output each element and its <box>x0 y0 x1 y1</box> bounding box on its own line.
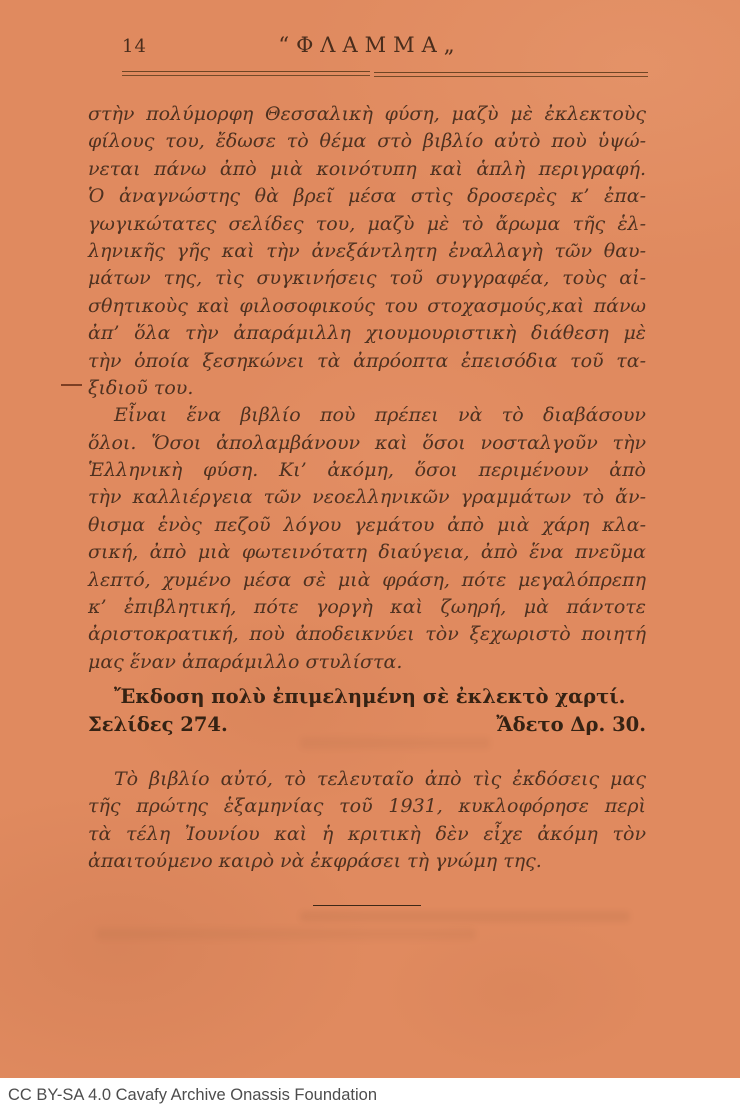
section-end-rule <box>313 905 421 906</box>
license-text: CC BY-SA 4.0 Cavafy Archive Onassis Foun… <box>0 1086 377 1105</box>
text-line: γωγικώτατες σελίδες του, μαζὺ μὲ τὸ ἄρωμ… <box>88 211 646 238</box>
text-line: Ἑλληνικὴ φύση. Κι’ ἀκόμη, ὅσοι περιμένου… <box>88 457 646 484</box>
text-line: Τὸ βιβλίο αὐτό, τὸ τελευταῖο ἀπὸ τὶς ἐκδ… <box>88 766 646 793</box>
text-line: σική, ἀπὸ μιὰ φωτεινότατη διαύγεια, ἀπὸ … <box>88 539 646 566</box>
text-line: ὅλοι. Ὅσοι ἀπολαμβάνουν καὶ ὅσοι νοσταλγ… <box>88 430 646 457</box>
text-line: ἀριστοκρατική, ποὺ ἀποδεικνύει τὸν ξεχωρ… <box>88 621 646 648</box>
text-line: Εἶναι ἕνα βιβλίο ποὺ πρέπει νὰ τὸ διαβάσ… <box>88 402 646 429</box>
text-line: ἀπ’ ὅλα τὴν ἀπαράμιλλη χιουμουριστικὴ δι… <box>88 320 646 347</box>
text-line: σθητικοὺς καὶ φιλοσοφικούς του στοχασμού… <box>88 293 646 320</box>
header-rule-right <box>374 72 648 77</box>
text-line: τὴν καλλιέργεια τῶν νεοελληνικῶν γραμμάτ… <box>88 484 646 511</box>
text-line: στὴν πολύμορφη Θεσσαλικὴ φύση, μαζὺ μὲ ἐ… <box>88 101 646 128</box>
text-line: τῆς πρώτης ἑξαμηνίας τοῦ 1931, κυκλοφόρη… <box>88 793 646 820</box>
license-bar: CC BY-SA 4.0 Cavafy Archive Onassis Foun… <box>0 1078 740 1112</box>
text-line: μας ἕναν ἀπαράμιλλο στυλίστα. <box>88 649 646 676</box>
price-label: Ἄδετο Δρ. 30. <box>496 711 646 738</box>
margin-dash-mark <box>61 384 82 386</box>
text-line: τὰ τέλη Ἰουνίου καὶ ἡ κριτικὴ δὲν εἶχε ἀ… <box>88 821 646 848</box>
text-line: τὴν ὁποία ξεσηκώνει τὰ ἀπρόοπτα ἐπεισόδι… <box>88 348 646 375</box>
pages-count: Σελίδες 274. <box>88 711 228 738</box>
text-line: φίλους του, ἔδωσε τὸ θέμα στὸ βιβλίο αὐτ… <box>88 128 646 155</box>
text-line: μάτων της, τὶς συγκινήσεις τοῦ συγγραφέα… <box>88 265 646 292</box>
paper-background: 14 “ΦΛΑΜΜΑ„ στὴν πολύμορφη Θεσσαλικὴ φύσ… <box>0 0 740 1078</box>
text-line: ἀπαιτούμενο καιρὸ νὰ ἐκφράσει τὴ γνώμη τ… <box>88 848 646 875</box>
ink-showthrough-smudge <box>300 911 630 922</box>
text-line: ξιδιοῦ του. <box>88 375 646 402</box>
text-line: θισμα ἑνὸς πεζοῦ λόγου γεμάτου ἀπὸ μιὰ χ… <box>88 512 646 539</box>
pages-price-row: Σελίδες 274. Ἄδετο Δρ. 30. <box>88 711 646 738</box>
ink-showthrough-smudge <box>96 928 476 940</box>
header-rule-left <box>122 71 370 76</box>
text-line: Ὁ ἀναγνώστης θὰ βρεῖ μέσα στὶς δροσερὲς … <box>88 183 646 210</box>
review-text-block: στὴν πολύμορφη Θεσσαλικὴ φύση, μαζὺ μὲ ἐ… <box>88 101 646 906</box>
text-line: ληνικῆς γῆς καὶ τὴν ἀνεξάντλητη ἐναλλαγὴ… <box>88 238 646 265</box>
text-line: λεπτό, χυμένο μέσα σὲ μιὰ φράση, πότε με… <box>88 567 646 594</box>
closing-paragraph: Τὸ βιβλίο αὐτό, τὸ τελευταῖο ἀπὸ τὶς ἐκδ… <box>88 766 646 876</box>
text-line: νεται πάνω ἀπὸ μιὰ κοινότυπη καὶ ἁπλὴ πε… <box>88 156 646 183</box>
edition-note: Ἔκδοση πολὺ ἐπιμελημένη σὲ ἐκλεκτὸ χαρτί… <box>88 683 646 710</box>
scanned-page: 14 “ΦΛΑΜΜΑ„ στὴν πολύμορφη Θεσσαλικὴ φύσ… <box>0 0 740 1112</box>
journal-title: “ΦΛΑΜΜΑ„ <box>0 33 740 57</box>
text-line: κ’ ἐπιβλητική, πότε γοργὴ καὶ ζωηρή, μὰ … <box>88 594 646 621</box>
